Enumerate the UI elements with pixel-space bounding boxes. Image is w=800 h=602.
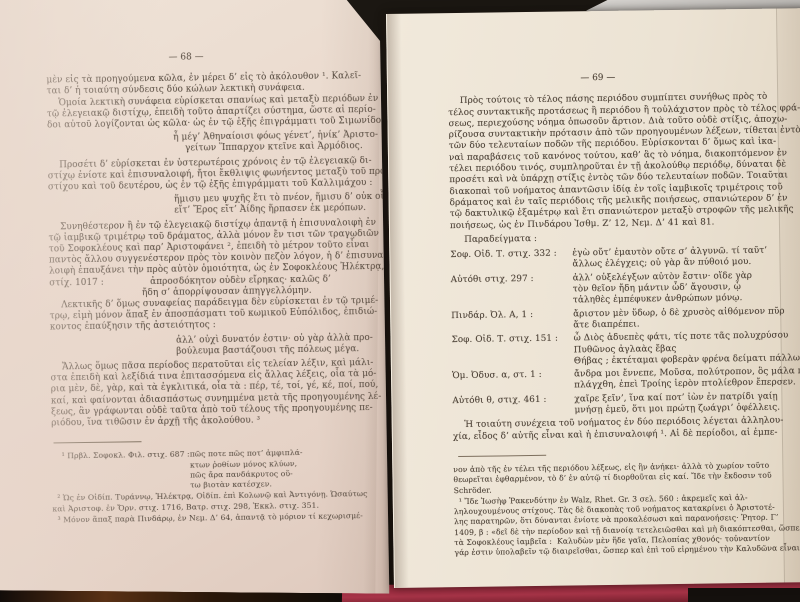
example-row: Ὁμ. Ὀδυσ. α, στ. 1 : ἄνδρα μοι ἔννεπε, Μ… (452, 367, 788, 394)
left-paragraph: Προσέτι δ’ εὑρίσκεται ἐν ὑστερωτέροις χρ… (48, 155, 380, 193)
right-page: — 69 — Πρὸς τούτοις τὸ τέλος πάσης περιό… (386, 8, 800, 588)
example-verse: χαῖρε ξεῖν’, ἵνα καί ποτ’ ἰὼν ἐν πατρίδι… (574, 391, 780, 416)
example-row: Σοφ. Οἰδ. Τ. στιχ. 332 : ἐγὼ οὔτ’ ἐμαυτὸ… (450, 246, 786, 273)
footnote-continuation: νον ἀπὸ τῆς ἐν τέλει τῆς περιόδου λέξεως… (453, 460, 789, 496)
example-citation: Σοφ. Οἰδ. Τ. στιχ. 151 : (451, 334, 573, 370)
example-verse: ὦ Διὸς ἁδυεπὲς φάτι, τίς ποτε τᾶς πολυχρ… (573, 330, 800, 367)
example-verse: ἄνδρα μοι ἔννεπε, Μοῦσα, πολύτροπον, ὃς … (574, 366, 800, 392)
right-closing-paragraph: Ἡ τοιαύτη συνέχεια τοῦ νοήματος ἐν δύο π… (453, 416, 789, 443)
footnote-verse: πῶς ποτε πῶς ποτ’ ἀμφιπλά- κτων ῥοθίων μ… (190, 448, 303, 491)
background-shadow (688, 588, 800, 602)
example-citation: Αὐτόθι θ, στιχ. 461 : (452, 394, 574, 418)
left-paragraph: Συνηθέστερον ἢ ἐν τῷ ἐλεγειακῷ διστίχῳ ἀ… (48, 217, 381, 300)
left-page: — 68 — μὲν εἰς τὰ προηγούμενα κῶλα, ἐν μ… (0, 0, 395, 594)
verse-quote-callimachus: ἥμισυ μευ ψυχῆς ἔτι τὸ πνέον, ἥμισυ δ’ ο… (174, 192, 380, 217)
right-intro-paragraph: Πρὸς τούτοις τὸ τέλος πάσης περιόδου συμ… (448, 92, 786, 232)
left-page-content: — 68 — μὲν εἰς τὰ προηγούμενα κῶλα, ἐν μ… (46, 50, 385, 527)
footnote-1: ¹ Ἴδε Ἰωσὴφ Ῥακενδύτην ἐν Walz, Rhet. Gr… (454, 492, 791, 558)
verse-quote-simonides: ἦ μέγ’ Ἀθηναίοισι φόως γένετ’, ἡνίκ’ Ἀρι… (173, 130, 379, 155)
left-paragraph: Ἄλλως ὅμως πᾶσα περίοδος περατοῦται εἰς … (50, 358, 383, 430)
example-citation: Ὁμ. Ὀδυσ. α, στ. 1 : (452, 370, 574, 394)
right-page-number: — 69 — (448, 71, 748, 86)
footnote-1: ¹ Πρβλ. Σοφοκλ. Φιλ. στιχ. 687 : πῶς ποτ… (52, 447, 385, 493)
example-row: Πινδάρ. Ὀλ. Α, 1 : ἄριστον μὲν ὕδωρ, ὁ δ… (451, 306, 787, 333)
example-verse: ἀλλ’ οὑξελέγξων αὐτὸν ἔστιν· οἵδε γὰρ τὸ… (573, 271, 753, 307)
footnote-label: ¹ Πρβλ. Σοφοκλ. Φιλ. στιχ. 687 : (52, 450, 191, 493)
example-row: Αὐτόθι στιχ. 297 : ἀλλ’ οὑξελέγξων αὐτὸν… (451, 270, 787, 309)
left-paragraph: Ὁμοία λεκτικὴ συνάφεια εὑρίσκεται σπανίω… (47, 93, 379, 131)
right-page-content: — 69 — Πρὸς τούτοις τὸ τέλος πάσης περιό… (448, 70, 791, 559)
example-verse: ἐγὼ οὔτ’ ἐμαυτὸν οὔτε σ’ ἀλγυνῶ. τί ταῦτ… (572, 246, 767, 271)
left-paragraph: Λεκτικῆς δ’ ὅμως συναφείας παράδειγμα δὲ… (50, 296, 382, 334)
footnote-rule (54, 442, 142, 444)
footnote-rule (458, 455, 546, 457)
example-citation: Πινδάρ. Ὀλ. Α, 1 : (451, 309, 573, 333)
book-photo: — 68 — μὲν εἰς τὰ προηγούμενα κῶλα, ἐν μ… (0, 0, 800, 602)
verse-quote-eupolis: ἀλλ’ οὐχὶ δυνατόν ἐστιν· οὐ γὰρ ἀλλὰ προ… (176, 333, 382, 358)
example-row: Αὐτόθι θ, στιχ. 461 : χαῖρε ξεῖν’, ἵνα κ… (452, 391, 788, 418)
example-citation: Σοφ. Οἰδ. Τ. στιχ. 332 : (450, 249, 572, 273)
examples-heading: Παραδείγματα : (450, 230, 786, 246)
example-citation: Αὐτόθι στιχ. 297 : (451, 273, 573, 309)
example-verse: ἄριστον μὲν ὕδωρ, ὁ δὲ χρυσὸς αἰθόμενον … (573, 306, 785, 332)
example-row: Σοφ. Οἰδ. Τ. στιχ. 151 : ὦ Διὸς ἁδυεπὲς … (451, 331, 787, 370)
left-page-number: — 68 — (46, 51, 326, 66)
